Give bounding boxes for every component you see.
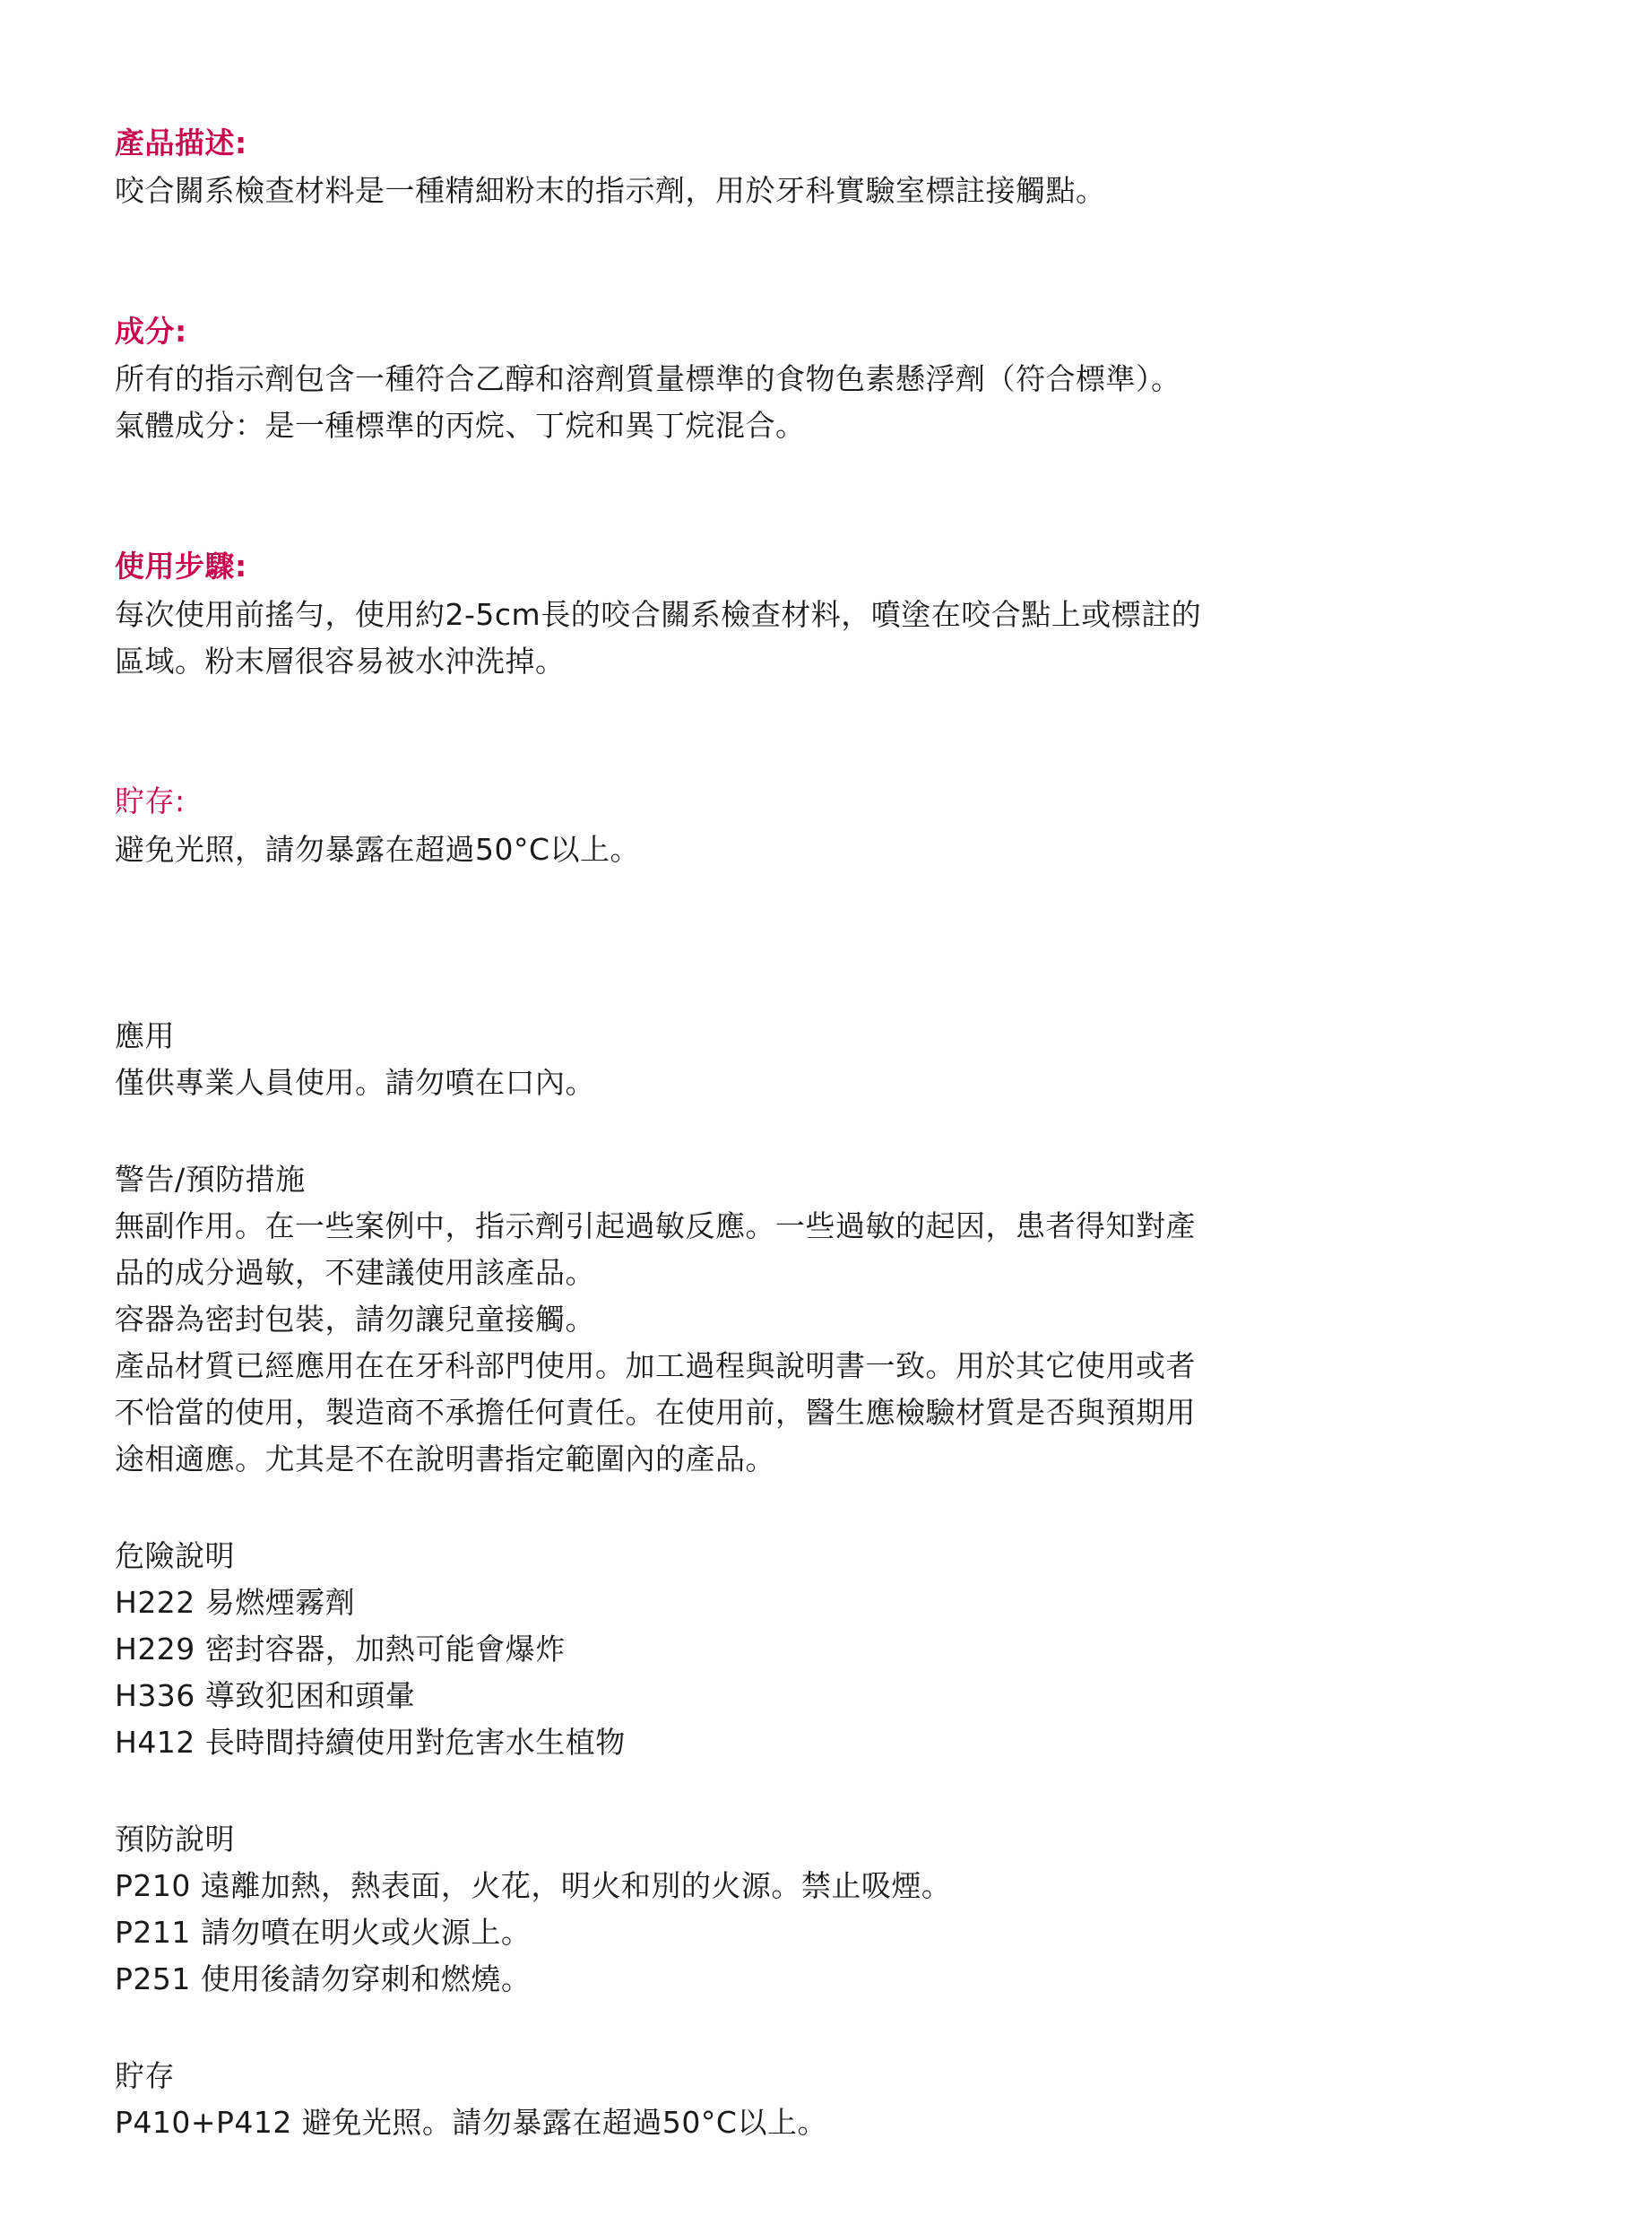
hazard-statement-h229: H229 密封容器，加熱可能會爆炸: [115, 1630, 566, 1669]
ingredients-line: 所有的指示劑包含一種符合乙醇和溶劑質量標準的食物色素懸浮劑（符合標準）。: [115, 359, 1181, 399]
section-heading-ingredients: 成分:: [115, 312, 187, 351]
ingredients-line: 氣體成分：是一種標準的丙烷、丁烷和異丁烷混合。: [115, 406, 806, 446]
hazard-statement-h412: H412 長時間持續使用對危害水生植物: [115, 1723, 626, 1762]
precautionary-statement-p251: P251 使用後請勿穿刺和燃燒。: [115, 1960, 531, 1999]
usage-line: 區域。粉末層很容易被水沖洗掉。: [115, 642, 566, 681]
description-line: 咬合關系檢查材料是一種精細粉末的指示劑，用於牙科實驗室標註接觸點。: [115, 171, 1106, 211]
section-heading-precautionary-statements: 預防說明: [115, 1820, 235, 1859]
section-heading-storage: 貯存:: [115, 782, 186, 821]
section-heading-hazard-statements: 危險說明: [115, 1536, 235, 1576]
section-heading-description: 產品描述:: [115, 124, 247, 163]
warnings-line: 不恰當的使用，製造商不承擔任何責任。在使用前，醫生應檢驗材質是否與預期用: [115, 1393, 1196, 1433]
application-line: 僅供專業人員使用。請勿噴在口內。: [115, 1063, 595, 1103]
precautionary-statement-p211: P211 請勿噴在明火或火源上。: [115, 1913, 531, 1952]
storage-line: 避免光照，請勿暴露在超過50°C以上。: [115, 830, 640, 870]
precautionary-statement-p210: P210 遠離加熱，熱表面，火花，明火和別的火源。禁止吸煙。: [115, 1866, 951, 1906]
warnings-line: 產品材質已經應用在在牙科部門使用。加工過程與說明書一致。用於其它使用或者: [115, 1346, 1196, 1386]
section-heading-application: 應用: [115, 1017, 175, 1056]
warnings-line: 容器為密封包裝，請勿讓兒童接觸。: [115, 1300, 595, 1339]
section-heading-warnings: 警告/預防措施: [115, 1160, 306, 1199]
warnings-line: 品的成分過敏，不建議使用該產品。: [115, 1253, 595, 1293]
storage-statement-p410-p412: P410+P412 避免光照。請勿暴露在超過50°C以上。: [115, 2103, 827, 2142]
section-heading-usage: 使用步驟:: [115, 547, 247, 586]
warnings-line: 無副作用。在一些案例中，指示劑引起過敏反應。一些過敏的起因，患者得知對產: [115, 1207, 1196, 1246]
hazard-statement-h336: H336 導致犯困和頭暈: [115, 1676, 415, 1716]
usage-line: 每次使用前搖勻，使用約2-5cm長的咬合關系檢查材料，噴塗在咬合點上或標註的: [115, 595, 1201, 635]
warnings-line: 途相適應。尤其是不在說明書指定範圍內的產品。: [115, 1440, 775, 1479]
section-heading-storage-statement: 貯存: [115, 2056, 175, 2096]
hazard-statement-h222: H222 易燃煙霧劑: [115, 1583, 355, 1623]
